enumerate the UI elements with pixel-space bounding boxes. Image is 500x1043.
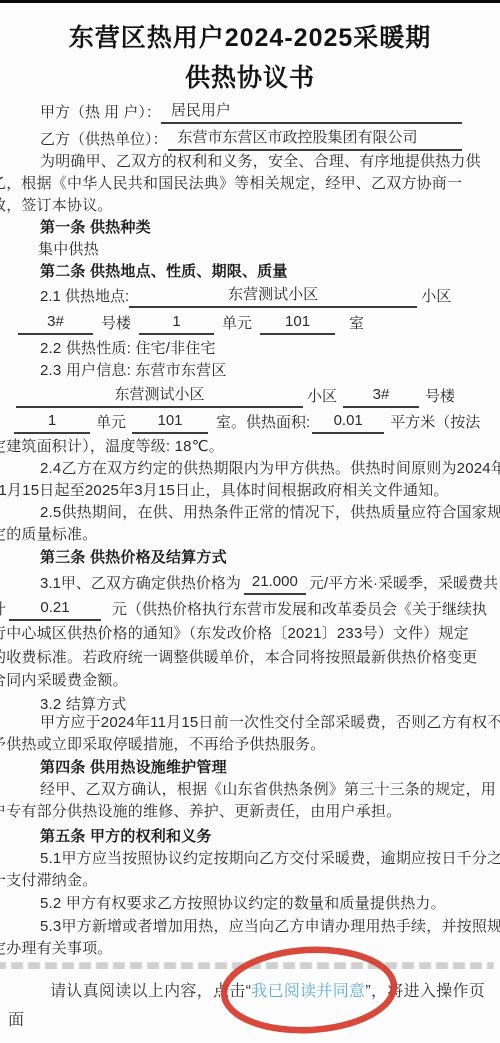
doc-line: 一支付滞纳金。 bbox=[0, 871, 97, 891]
area-unit: 平方米（按法 bbox=[390, 412, 480, 434]
unit-field: 1 bbox=[139, 311, 214, 335]
doc-line: 定办理有关事项。 bbox=[0, 939, 113, 959]
party-a-row: 甲方（热 用 户）： 居民用户 bbox=[40, 100, 462, 124]
user-address-row-1: 东营测试小区 小区 3# 号楼 bbox=[16, 384, 455, 408]
building-suffix: 号楼 bbox=[425, 386, 455, 408]
footer-instruction-line2: 面 bbox=[8, 1010, 24, 1032]
doc-line: 定的质量标准。 bbox=[0, 525, 97, 545]
doc-line: 2.3 用户信息: 东营市东营区 bbox=[40, 361, 227, 381]
unit-suffix: 单元 bbox=[222, 313, 252, 335]
doc-line: 户专有部分供热设施的维修、养护、更新责任，由用户承担。 bbox=[0, 802, 401, 822]
doc-line: 集中供热 bbox=[38, 240, 99, 260]
doc-line: 3.2 结算方式 bbox=[40, 695, 127, 715]
doc-line: 2.5供热期间，在供、用热条件正常的情况下，供热质量应符合国家规 bbox=[40, 503, 500, 523]
doc-line: 为明确甲、乙双方的权利和义务，安全、合理、有序地提供热力供 bbox=[40, 152, 481, 172]
doc-line: 的收费标准。若政府统一调整供暖单价，本合同将按照最新供热价格变更 bbox=[0, 648, 477, 668]
area-field: 0.01 bbox=[312, 410, 384, 434]
community-suffix: 小区 bbox=[421, 286, 451, 308]
doc-line: 2.2 供热性质: 住宅/非住宅 bbox=[40, 339, 216, 359]
doc-line: 经甲、乙双方确认，根据《山东省供热条例》第三十三条的规定，用 bbox=[40, 780, 496, 800]
page-title-line2: 供热协议书 bbox=[0, 58, 500, 94]
agree-link[interactable]: 我已阅读并同意 bbox=[251, 983, 365, 1000]
heating-address-row: 2.1 供热地点: 东营测试小区 小区 bbox=[40, 284, 451, 308]
community-field: 东营测试小区 bbox=[16, 384, 303, 408]
article-2-heading: 第二条 供热地点、性质、期限、质量 bbox=[40, 262, 288, 282]
doc-line: 行中心城区供热价格的通知》（东发改价格〔2021〕233号）文件）规定 bbox=[0, 624, 469, 644]
building-field: 3# bbox=[18, 311, 93, 335]
room-field: 101 bbox=[260, 311, 335, 335]
room-field: 101 bbox=[132, 410, 208, 434]
article-3-heading: 第三条 供热价格及结算方式 bbox=[40, 548, 227, 568]
total-fee-field: 0.21 bbox=[9, 597, 101, 621]
doc-line: 定建筑面积计），温度等级: 18℃。 bbox=[0, 437, 224, 457]
agreement-page: 东营区热用户2024-2025采暖期 供热协议书 甲方（热 用 户）： 居民用户… bbox=[0, 0, 500, 1043]
unit-field: 1 bbox=[14, 410, 90, 434]
doc-line: 2.4乙方在双方约定的供热期限内为甲方供热。供热时间原则为2024年 bbox=[40, 459, 500, 479]
building-field: 3# bbox=[343, 384, 419, 408]
party-b-label: 乙方（供热单位）： bbox=[40, 129, 168, 151]
party-b-value: 东营市东营区市政控股集团有限公司 bbox=[168, 127, 462, 151]
doc-line: 甲方应于2024年11月15日前一次性交付全部采暖费，否则乙方有权不 bbox=[40, 713, 500, 733]
article-4-heading: 第四条 供用热设施维护管理 bbox=[40, 758, 227, 778]
article-1-heading: 第一条 供热种类 bbox=[40, 218, 151, 238]
doc-line: 5.1甲方应当按照协议约定按期向乙方交付采暖费，逾期应按日千分之 bbox=[40, 849, 500, 869]
page-title-line1: 东营区热用户2024-2025采暖期 bbox=[0, 18, 500, 54]
doc-line: 乙，根据《中华人民共和国民法典》等相关规定，经甲、乙双方协商一 bbox=[0, 174, 462, 194]
building-suffix: 号楼 bbox=[101, 313, 131, 335]
instruction-prefix: 请认真阅读以上内容，点击“ bbox=[50, 983, 251, 1000]
article-5-heading: 第五条 甲方的权利和义务 bbox=[40, 827, 212, 847]
community-field: 东营测试小区 bbox=[129, 284, 417, 308]
price-prefix: 3.1甲、乙双方确定供热价格为 bbox=[40, 573, 241, 595]
doc-line: 5.2 甲方有权要求乙方按照协议约定的数量和质量提供热力。 bbox=[40, 894, 446, 914]
party-a-value: 居民用户 bbox=[161, 100, 462, 124]
doc-line: 合同内采暖费金额。 bbox=[0, 671, 128, 691]
community-suffix: 小区 bbox=[307, 386, 337, 408]
user-address-row-2: 1 单元 101 室。供热面积: 0.01 平方米（按法 bbox=[14, 410, 480, 434]
total-prefix: 计 bbox=[0, 599, 6, 621]
footer-instruction-line1: 请认真阅读以上内容，点击“我已阅读并同意”，将进入操作页 bbox=[50, 981, 485, 1003]
total-suffix: 元（供热价格执行东营市发展和改革委员会《关于继续执 bbox=[112, 599, 487, 621]
area-label: 室。供热面积: bbox=[216, 412, 310, 434]
party-b-row: 乙方（供热单位）： 东营市东营区市政控股集团有限公司 bbox=[40, 127, 462, 151]
doc-line: 予供热或立即采取停暖措施，不再给予供热服务。 bbox=[0, 735, 325, 755]
room-suffix: 室 bbox=[349, 313, 364, 335]
top-edge-bar bbox=[0, 0, 500, 3]
doc-line: 11月15日起至2025年3月15日止，具体时间根据政府相关文件通知。 bbox=[0, 481, 449, 501]
price-suffix: 元/平方米·采暖季，采暖费共 bbox=[309, 573, 498, 595]
doc-line: 致，签订本协议。 bbox=[0, 196, 113, 216]
total-fee-row: 计 0.21 元（供热价格执行东营市发展和改革委员会《关于继续执 bbox=[0, 597, 487, 621]
cutoff-text-line bbox=[0, 962, 494, 973]
building-unit-room-row: 3# 号楼 1 单元 101 室 bbox=[18, 311, 364, 335]
unit-suffix: 单元 bbox=[96, 412, 126, 434]
instruction-suffix: ”，将进入操作页 bbox=[365, 983, 485, 1000]
address-label: 2.1 供热地点: bbox=[40, 286, 129, 308]
doc-line: 5.3甲方新增或者增加用热，应当向乙方申请办理用热手续，并按照规 bbox=[40, 917, 500, 937]
party-a-label: 甲方（热 用 户）： bbox=[40, 102, 161, 124]
price-row: 3.1甲、乙双方确定供热价格为 21.000 元/平方米·采暖季，采暖费共 bbox=[40, 571, 498, 595]
unit-price-field: 21.000 bbox=[244, 571, 306, 595]
